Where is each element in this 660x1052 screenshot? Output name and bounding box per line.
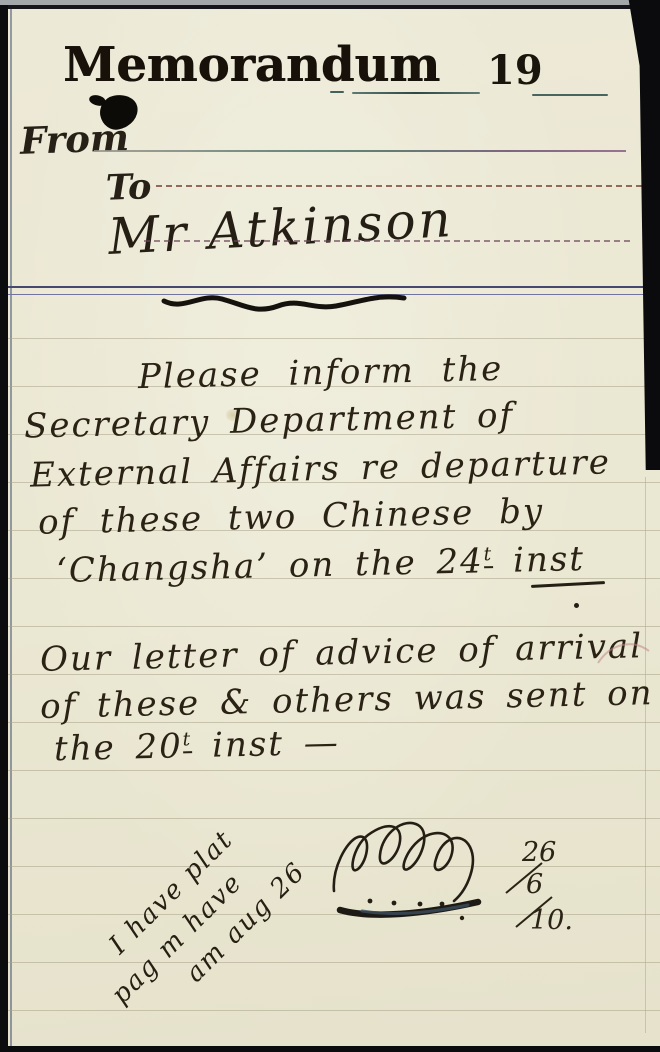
addressee-handwriting: Mr Atkinson [107,190,455,266]
scanned-memorandum-page: Memorandum 19 From To Mr Atkinson Please… [0,0,660,1052]
year-label: 19 [487,47,543,94]
from-blank-line [94,150,626,152]
date-day: 26 [521,837,556,868]
addressee-underline-flourish [160,287,410,317]
title-underline-segment [330,91,344,93]
date-month: 6 [526,869,543,900]
paper: Memorandum 19 From To Mr Atkinson Please… [8,5,660,1046]
inst-underline-dot [574,603,579,608]
signature-scrawl [328,807,506,925]
title-underline-segment [352,92,480,94]
date-year: 10. [530,905,573,936]
addressee-dotted-line [144,240,630,242]
faint-red-mark [593,631,653,673]
handwriting-line: Please inform the [138,349,504,397]
memo-title: Memorandum [63,37,440,93]
signature-dot [460,916,464,920]
to-label: To [105,166,152,209]
year-underline-segment [532,94,608,96]
handwriting-text: inst — [192,723,340,766]
signature-dot [368,899,373,904]
signature-dot [418,902,423,907]
from-label: From [19,115,129,163]
date-annotation: 26 6 10. [500,831,596,941]
handwriting-text: the 20 [54,726,184,769]
signature-dot [392,901,397,906]
handwriting-text: inst [493,539,586,581]
right-margin-line [645,477,646,1033]
to-blank-line [156,185,642,187]
